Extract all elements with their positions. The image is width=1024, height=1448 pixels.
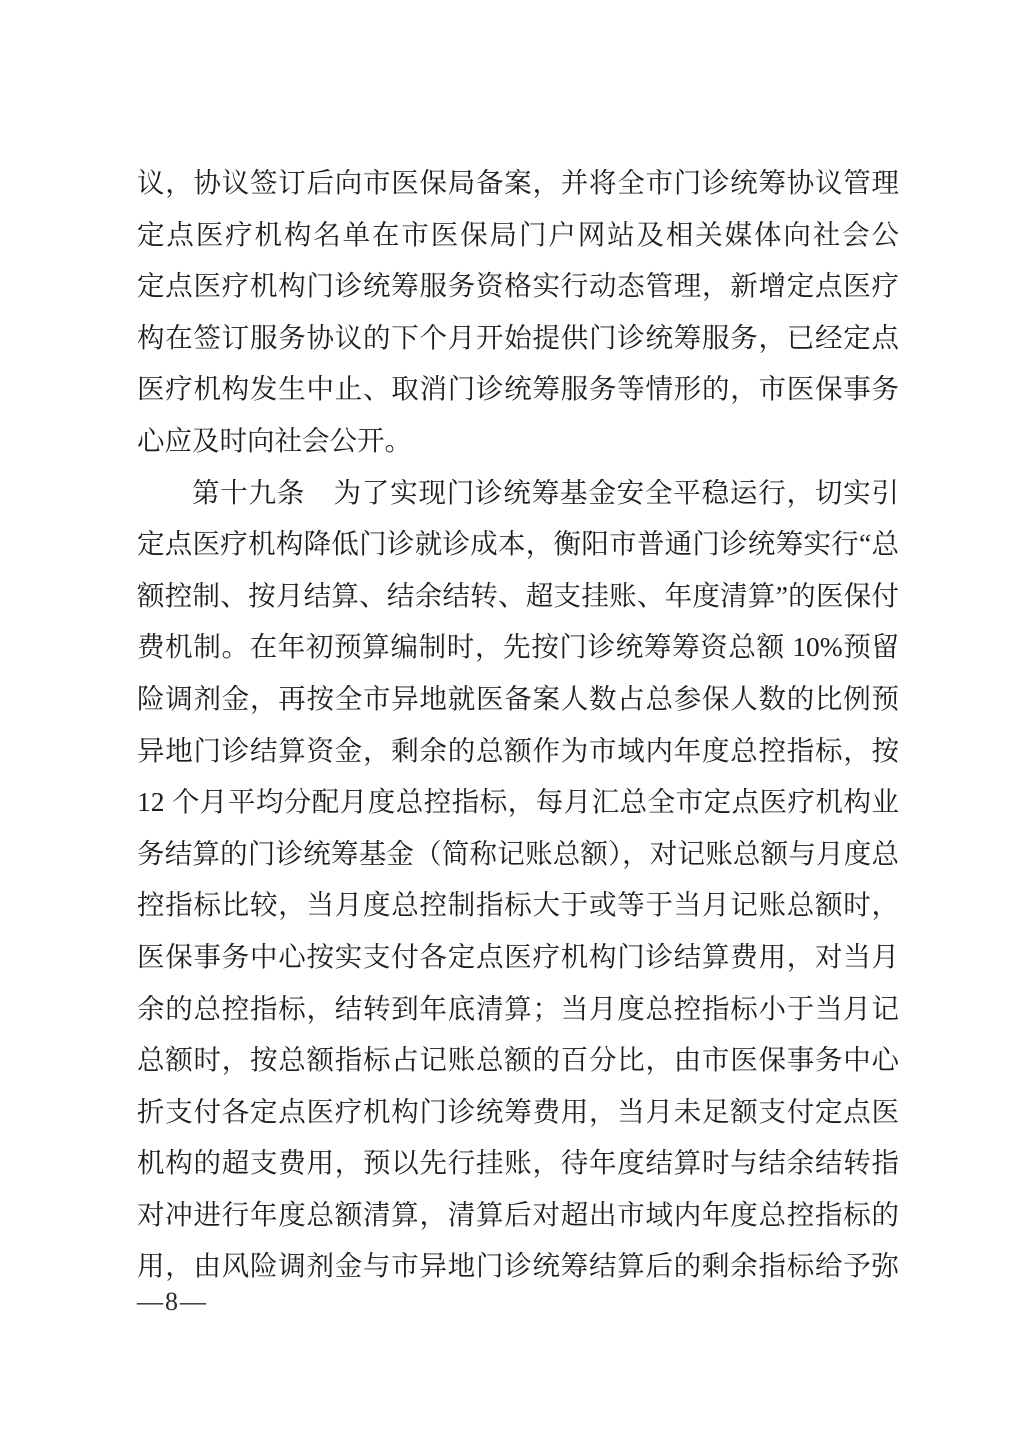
- text-line: 定点医疗机构降低门诊就诊成本，衡阳市普通门诊统筹实行“总: [137, 518, 899, 570]
- text-line: 心应及时向社会公开。: [137, 415, 899, 467]
- text-line: 务结算的门诊统筹基金（简称记账总额），对记账总额与月度总: [137, 828, 899, 880]
- text-line: 医疗机构发生中止、取消门诊统筹服务等情形的，市医保事务中: [137, 363, 899, 415]
- text-line: 险调剂金，再按全市异地就医备案人数占总参保人数的比例预留: [137, 673, 899, 725]
- text-line: 议，协议签订后向市医保局备案，并将全市门诊统筹协议管理的: [137, 157, 899, 209]
- text-line: 构在签订服务协议的下个月开始提供门诊统筹服务，已经定点的: [137, 312, 899, 364]
- page-number: —8—: [137, 1287, 208, 1317]
- text-line: 定点医疗机构门诊统筹服务资格实行动态管理，新增定点医疗机: [137, 260, 899, 312]
- text-line: 12 个月平均分配月度总控指标，每月汇总全市定点医疗机构业: [137, 776, 899, 828]
- text-line: 费机制。在年初预算编制时，先按门诊统筹筹资总额 10%预留风: [137, 621, 899, 673]
- text-line: 控指标比较，当月度总控制指标大于或等于当月记账总额时，市: [137, 879, 899, 931]
- text-line: 机构的超支费用，预以先行挂账，待年度结算时与结余结转指标: [137, 1137, 899, 1189]
- text-line: 折支付各定点医疗机构门诊统筹费用，当月未足额支付定点医疗: [137, 1086, 899, 1138]
- document-page: 议，协议签订后向市医保局备案，并将全市门诊统筹协议管理的 定点医疗机构名单在市医…: [0, 0, 1024, 1448]
- text-line: 总额时，按总额指标占记账总额的百分比，由市医保事务中心打: [137, 1034, 899, 1086]
- text-line: 对冲进行年度总额清算，清算后对超出市域内年度总控指标的费: [137, 1189, 899, 1241]
- text-line-article-19: 第十九条 为了实现门诊统筹基金安全平稳运行，切实引导: [137, 467, 899, 519]
- text-line: 额控制、按月结算、结余结转、超支挂账、年度清算”的医保付: [137, 570, 899, 622]
- text-line: 余的总控指标，结转到年底清算；当月度总控指标小于当月记账: [137, 983, 899, 1035]
- text-line: 用，由风险调剂金与市异地门诊统筹结算后的剩余指标给予弥: [137, 1240, 899, 1292]
- text-line: 医保事务中心按实支付各定点医疗机构门诊结算费用，对当月结: [137, 931, 899, 983]
- text-line: 异地门诊结算资金，剩余的总额作为市域内年度总控指标，按: [137, 725, 899, 777]
- text-line: 定点医疗机构名单在市医保局门户网站及相关媒体向社会公布。: [137, 209, 899, 261]
- body-text: 议，协议签订后向市医保局备案，并将全市门诊统筹协议管理的 定点医疗机构名单在市医…: [137, 157, 899, 1292]
